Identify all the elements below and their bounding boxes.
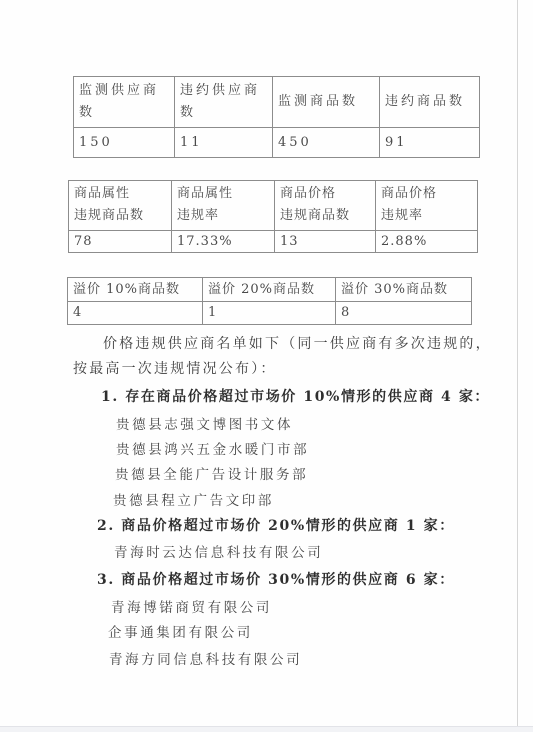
header-line: 违规率 [381,205,477,227]
vendor-list-item: 贵德县全能广告设计服务部 [115,463,308,483]
header-line: 商品价格 [381,183,477,205]
value-attribute-violation-rate: 17.33% [172,231,275,253]
intro-paragraph-line-2: 按最高一次违规情况公布）： [73,358,277,378]
table-row: 4 1 8 [68,302,472,325]
header-attribute-violation-rate: 商品属性 违规率 [172,181,275,231]
intro-paragraph-line-1: 价格违规供应商名单如下（同一供应商有多次违规的， [103,333,492,353]
value-monitored-suppliers: 150 [74,128,175,158]
vendor-list-item: 贵德县志强文博图书文体 [116,413,293,433]
vendor-list-item: 贵德县程立广告文印部 [113,489,274,509]
value-violating-suppliers: 11 [175,128,273,158]
header-price-violation-count: 商品价格 违规商品数 [275,181,376,231]
table-header-row: 溢价 10%商品数 溢价 20%商品数 溢价 30%商品数 [68,278,472,302]
table-header-row: 商品属性 违规商品数 商品属性 违规率 商品价格 违规商品数 商品价格 违规率 [69,181,478,231]
section-heading-20-percent: 2. 商品价格超过市场价 20%情形的供应商 1 家： [97,515,455,535]
monitoring-summary-table: 监测供应商数 违约供应商数 监测商品数 违约商品数 150 11 450 91 [73,76,480,158]
value-monitored-products: 450 [273,128,380,158]
value-attribute-violation-count: 78 [69,231,172,253]
header-premium-10: 溢价 10%商品数 [68,278,203,302]
header-line: 商品属性 [177,183,274,205]
violation-breakdown-table: 商品属性 违规商品数 商品属性 违规率 商品价格 违规商品数 商品价格 违规率 … [68,180,478,253]
vendor-list-item: 青海博锘商贸有限公司 [111,596,272,616]
vendor-list-item: 青海方同信息科技有限公司 [109,648,302,668]
value-price-violation-count: 13 [275,231,376,253]
value-premium-10: 4 [68,302,203,325]
viewer-bottom-strip [0,726,533,732]
header-line: 违规商品数 [74,205,171,227]
value-premium-20: 1 [203,302,336,325]
table-header-row: 监测供应商数 违约供应商数 监测商品数 违约商品数 [74,77,480,128]
header-line: 商品价格 [280,183,375,205]
header-premium-20: 溢价 20%商品数 [203,278,336,302]
header-line: 违规商品数 [280,205,375,227]
header-monitored-suppliers: 监测供应商数 [74,77,175,128]
table-row: 78 17.33% 13 2.88% [69,231,478,253]
header-attribute-violation-count: 商品属性 违规商品数 [69,181,172,231]
header-monitored-products: 监测商品数 [273,77,380,128]
header-premium-30: 溢价 30%商品数 [336,278,472,302]
table-row: 150 11 450 91 [74,128,480,158]
premium-counts-table: 溢价 10%商品数 溢价 20%商品数 溢价 30%商品数 4 1 8 [67,277,472,325]
section-heading-30-percent: 3. 商品价格超过市场价 30%情形的供应商 6 家： [97,569,455,589]
vendor-list-item: 青海时云达信息科技有限公司 [114,541,323,561]
value-violating-products: 91 [380,128,480,158]
header-line: 商品属性 [74,183,171,205]
vendor-list-item: 企事通集团有限公司 [108,621,253,641]
header-line: 违规率 [177,205,274,227]
vendor-list-item: 贵德县鸿兴五金水暖门市部 [116,438,309,458]
header-price-violation-rate: 商品价格 违规率 [376,181,478,231]
page-edge-divider [517,0,518,726]
section-heading-10-percent: 1. 存在商品价格超过市场价 10%情形的供应商 4 家： [101,386,490,406]
value-price-violation-rate: 2.88% [376,231,478,253]
header-violating-products: 违约商品数 [380,77,480,128]
header-violating-suppliers: 违约供应商数 [175,77,273,128]
value-premium-30: 8 [336,302,472,325]
document-page: 监测供应商数 违约供应商数 监测商品数 违约商品数 150 11 450 91 … [0,0,533,726]
